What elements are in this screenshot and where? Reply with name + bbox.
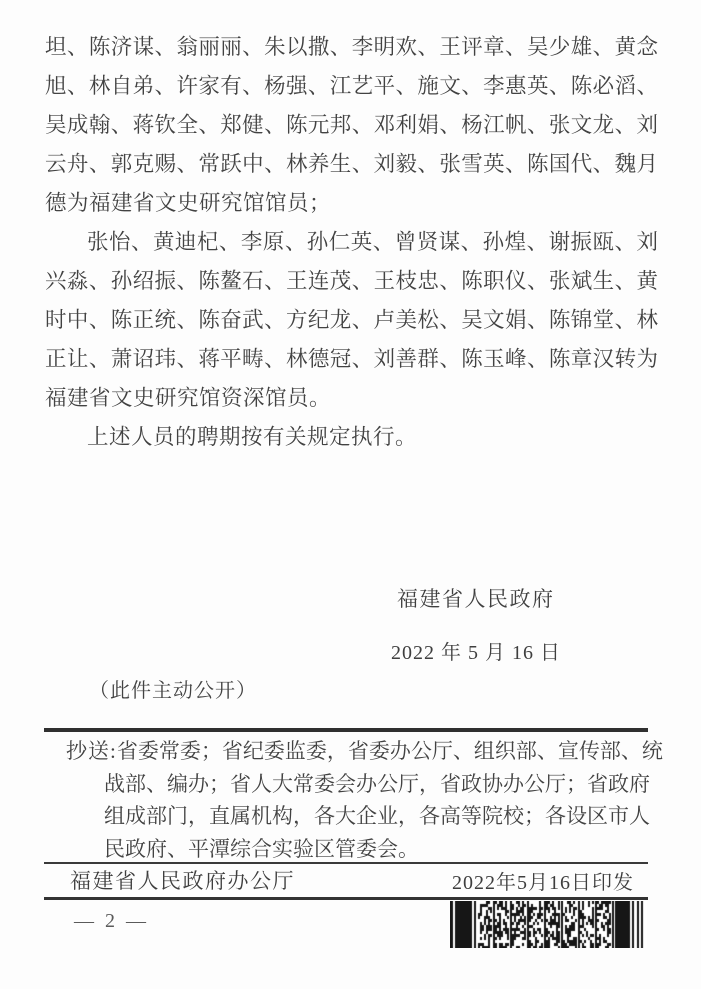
scanned-document-page: 坦、陈济谋、翁丽丽、朱以撒、李明欢、王评章、吴少雄、黄念旭、林自弟、许家有、杨强… xyxy=(0,0,701,989)
body-line: 张怡、黄迪杞、李原、孙仁英、曾贤谋、孙煌、谢振瓯、刘 xyxy=(45,223,658,262)
signature-date: 2022 年 5 月 16 日 xyxy=(391,636,561,665)
cc-line: 战部、编办；省人大常委会办公厅，省政协办公厅；省政府 xyxy=(104,768,658,801)
footer-row: 福建省人民政府办公厅 2022年5月16日印发 xyxy=(44,864,648,896)
cc-line-text: 省委常委；省纪委监委，省委办公厅、组织部、宣传部、统 xyxy=(117,739,663,763)
cc-block: 抄送:省委常委；省纪委监委，省委办公厅、组织部、宣传部、统 战部、编办；省人大常… xyxy=(66,735,658,865)
cc-line: 组成部门，直属机构，各大企业，各高等院校；各设区市人 xyxy=(104,800,658,833)
body-line: 坦、陈济谋、翁丽丽、朱以撒、李明欢、王评章、吴少雄、黄念 xyxy=(45,28,658,67)
footer-print-date: 2022年5月16日印发 xyxy=(452,866,634,895)
body-line: 兴淼、孙绍振、陈鳌石、王连茂、王枝忠、陈职仪、张斌生、黄 xyxy=(45,262,658,301)
body-line: 旭、林自弟、许家有、杨强、江艺平、施文、李惠英、陈必滔、 xyxy=(45,67,658,106)
page-number: — 2 — xyxy=(74,910,149,933)
disclosure-note: （此件主动公开） xyxy=(89,674,257,703)
footer-bottom-rule xyxy=(44,897,648,900)
body-text: 坦、陈济谋、翁丽丽、朱以撒、李明欢、王评章、吴少雄、黄念旭、林自弟、许家有、杨强… xyxy=(45,28,658,457)
body-line: 上述人员的聘期按有关规定执行。 xyxy=(45,418,658,457)
footer-office: 福建省人民政府办公厅 xyxy=(70,865,295,895)
body-line: 云舟、郭克赐、常跃中、林养生、刘毅、张雪英、陈国代、魏月 xyxy=(45,145,658,184)
cc-line: 抄送:省委常委；省纪委监委，省委办公厅、组织部、宣传部、统 xyxy=(66,735,658,768)
signature-issuer: 福建省人民政府 xyxy=(397,583,555,613)
body-line: 时中、陈正统、陈奋武、方纪龙、卢美松、吴文娟、陈锦堂、林 xyxy=(45,301,658,340)
body-line: 正让、萧诏玮、蒋平畴、林德冠、刘善群、陈玉峰、陈章汉转为 xyxy=(45,340,658,379)
barcode-2d-image xyxy=(450,901,647,948)
cc-label: 抄送: xyxy=(66,739,117,763)
body-line: 吴成翰、蒋钦全、郑健、陈元邦、邓利娟、杨江帆、张文龙、刘 xyxy=(45,106,658,145)
body-line: 德为福建省文史研究馆馆员； xyxy=(45,184,658,223)
cc-line: 民政府、平潭综合实验区管委会。 xyxy=(104,833,658,866)
body-line: 福建省文史研究馆资深馆员。 xyxy=(45,379,658,418)
cc-separator-rule xyxy=(44,728,648,732)
